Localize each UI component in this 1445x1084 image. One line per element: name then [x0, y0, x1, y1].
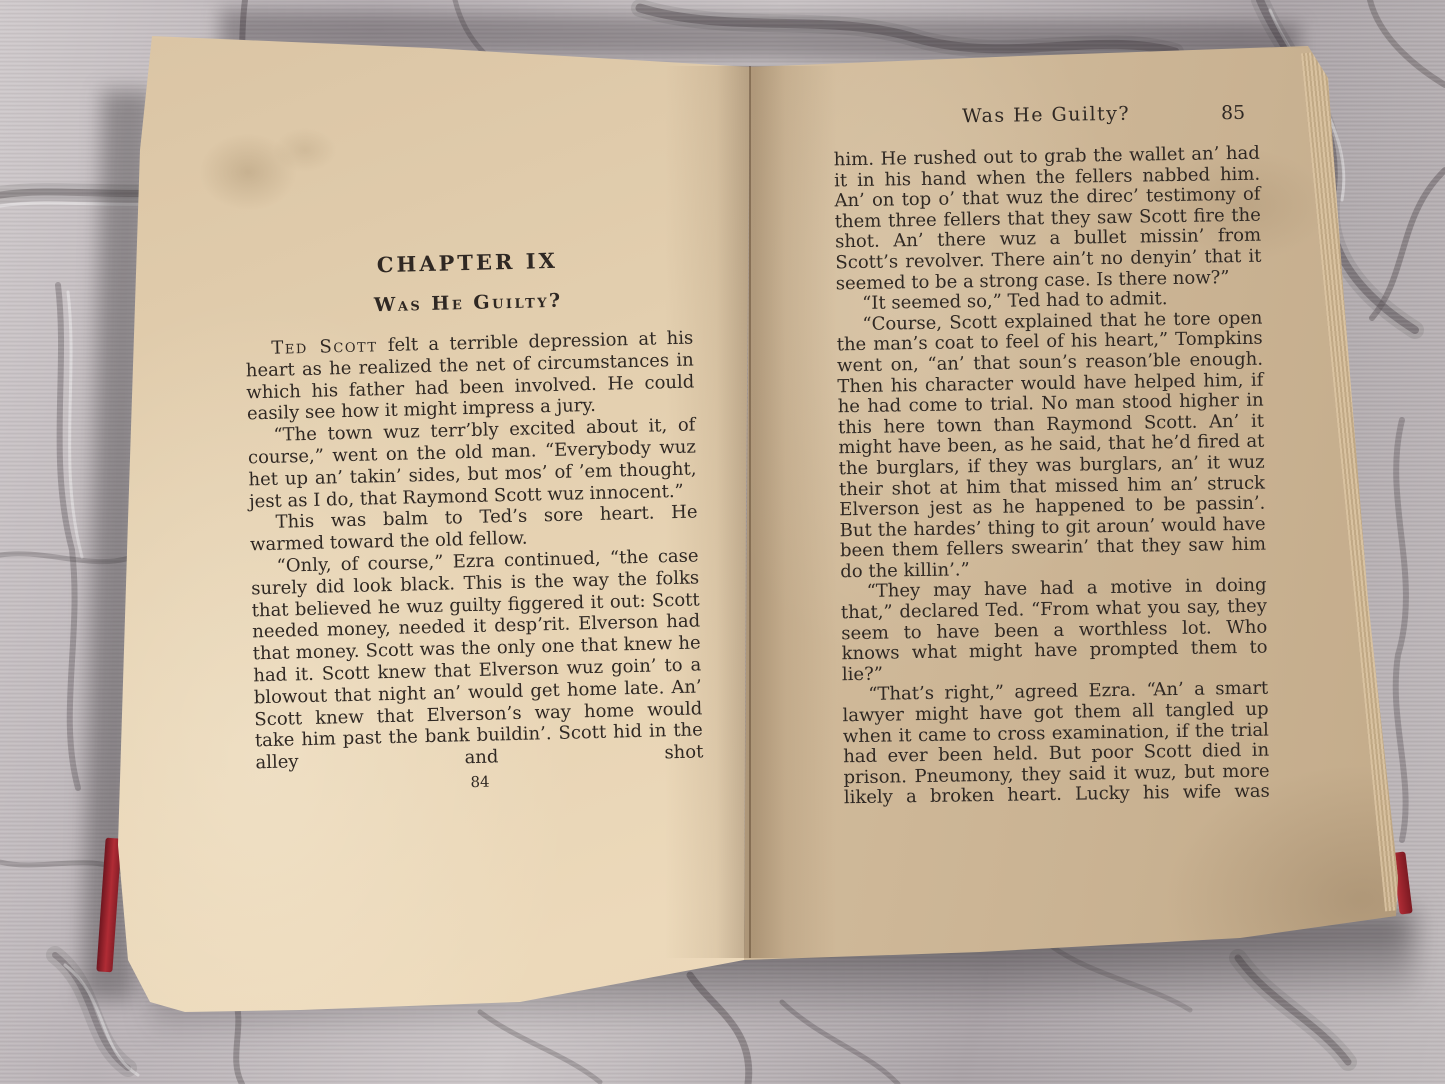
right-page-content: Was He Guilty? 85 him. He rushed out to … [833, 101, 1270, 810]
chapter-subtitle: Was He Guilty? [244, 287, 692, 320]
right-page-number: 85 [1221, 102, 1246, 124]
lead-small-caps: Ted Scott [271, 335, 378, 359]
left-page-content: CHAPTER IX Was He Guilty? Ted Scott felt… [243, 245, 704, 797]
paragraph-opening: Ted Scott felt a terrible depression at … [245, 328, 695, 426]
paragraph: “Course, Scott explained that he tore op… [836, 308, 1266, 582]
paragraph: “Only, of course,” Ezra continued, “the … [250, 545, 703, 774]
paragraph: “That’s right,” agreed Ezra. “An’ a smar… [842, 679, 1270, 809]
paragraph: “The town wuz terr’bly excited about it,… [247, 415, 697, 513]
paragraph: “They may have had a motive in doing tha… [840, 576, 1268, 686]
gutter-crease [749, 66, 751, 958]
running-header-title: Was He Guilty? [962, 103, 1130, 128]
paragraph: him. He rushed out to grab the wallet an… [834, 144, 1262, 295]
